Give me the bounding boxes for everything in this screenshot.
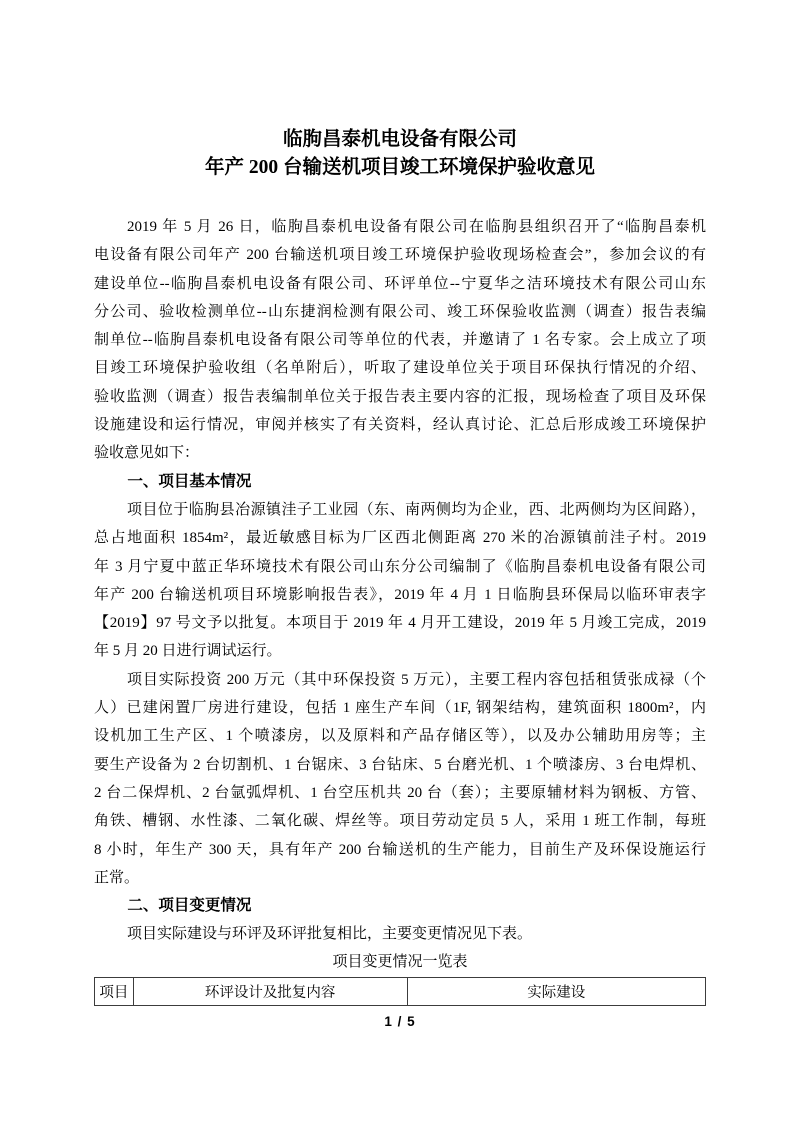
body-paragraph: 项目位于临朐县冶源镇洼子工业园（东、南两侧均为企业，西、北两侧均为区间路），总占…	[94, 496, 706, 666]
text-line: 2 台二保焊机、2 台氩弧焊机、1 台空压机共 20 台（套）；主要原辅材料为钢…	[94, 779, 706, 807]
text-line: 项目位于临朐县冶源镇洼子工业园（东、南两侧均为企业，西、北两侧均为区间路），	[94, 496, 706, 524]
document-page: 临朐昌泰机电设备有限公司 年产 200 台输送机项目竣工环境保护验收意见 201…	[0, 0, 800, 1131]
text-line: 总占地面积 1854m²，最近敏感目标为厂区西北侧距离 270 米的冶源镇前洼子…	[94, 524, 706, 552]
text-line: 【2019】97 号文予以批复。本项目于 2019 年 4 月开工建设，2019…	[94, 609, 706, 637]
table-header-row: 项目环评设计及批复内容实际建设	[95, 977, 706, 1005]
text-line: 设机加工生产区、1 个喷漆房，以及原料和产品存储区等），以及办公辅助用房等；主	[94, 722, 706, 750]
change-table: 项目环评设计及批复内容实际建设	[94, 977, 706, 1006]
document-body: 2019 年 5 月 26 日，临朐昌泰机电设备有限公司在临朐县组织召开了“临朐…	[94, 213, 706, 1006]
section-heading: 二、项目变更情况	[94, 892, 706, 920]
text-line: 正常。	[94, 864, 706, 892]
section-heading: 一、项目基本情况	[94, 468, 706, 496]
text-line: 项目实际建设与环评及环评批复相比，主要变更情况见下表。	[94, 920, 706, 948]
table-header-cell: 实际建设	[407, 977, 705, 1005]
text-line: 年 5 月 20 日进行调试运行。	[94, 637, 706, 665]
document-title: 临朐昌泰机电设备有限公司 年产 200 台输送机项目竣工环境保护验收意见	[94, 126, 706, 182]
text-line: 制单位--临朐昌泰机电设备有限公司等单位的代表，并邀请了 1 名专家。会上成立了…	[94, 326, 706, 354]
table-header-cell: 项目	[95, 977, 134, 1005]
table-header-cell: 环评设计及批复内容	[133, 977, 407, 1005]
page-number: 1 / 5	[94, 1014, 706, 1029]
text-line: 分公司、验收检测单位--山东捷润检测有限公司、竣工环保验收监测（调查）报告表编	[94, 298, 706, 326]
text-line: 项目实际投资 200 万元（其中环保投资 5 万元），主要工程内容包括租赁张成禄…	[94, 666, 706, 694]
body-paragraph: 项目实际建设与环评及环评批复相比，主要变更情况见下表。	[94, 920, 706, 948]
text-line: 设施建设和运行情况，审阅并核实了有关资料，经认真讨论、汇总后形成竣工环境保护	[94, 411, 706, 439]
text-line: 电设备有限公司年产 200 台输送机项目竣工环境保护验收现场检查会”，参加会议的…	[94, 241, 706, 269]
text-line: 8 小时，年生产 300 天，具有年产 200 台输送机的生产能力，目前生产及环…	[94, 836, 706, 864]
text-line: 2019 年 5 月 26 日，临朐昌泰机电设备有限公司在临朐县组织召开了“临朐…	[94, 213, 706, 241]
body-paragraph: 2019 年 5 月 26 日，临朐昌泰机电设备有限公司在临朐县组织召开了“临朐…	[94, 213, 706, 468]
text-line: 验收监测（调查）报告表编制单位关于报告表主要内容的汇报，现场检查了项目及环保	[94, 383, 706, 411]
text-line: 人）已建闲置厂房进行建设，包括 1 座生产车间（1F, 钢架结构，建筑面积 18…	[94, 694, 706, 722]
text-line: 角铁、槽钢、水性漆、二氧化碳、焊丝等。项目劳动定员 5 人，采用 1 班工作制，…	[94, 807, 706, 835]
body-paragraph: 项目实际投资 200 万元（其中环保投资 5 万元），主要工程内容包括租赁张成禄…	[94, 666, 706, 892]
table-caption: 项目变更情况一览表	[94, 949, 706, 976]
text-line: 年 3 月宁夏中蓝正华环境技术有限公司山东分公司编制了《临朐昌泰机电设备有限公司	[94, 553, 706, 581]
text-line: 目竣工环境保护验收组（名单附后），听取了建设单位关于项目环保执行情况的介绍、	[94, 354, 706, 382]
document-title-line: 年产 200 台输送机项目竣工环境保护验收意见	[94, 154, 706, 182]
document-title-line: 临朐昌泰机电设备有限公司	[94, 126, 706, 154]
document-content: 临朐昌泰机电设备有限公司 年产 200 台输送机项目竣工环境保护验收意见 201…	[94, 0, 706, 1029]
text-line: 验收意见如下：	[94, 439, 706, 467]
text-line: 要生产设备为 2 台切割机、1 台锯床、3 台钻床、5 台磨光机、1 个喷漆房、…	[94, 751, 706, 779]
text-line: 建设单位--临朐昌泰机电设备有限公司、环评单位--宁夏华之洁环境技术有限公司山东	[94, 270, 706, 298]
text-line: 年产 200 台输送机项目环境影响报告表》，2019 年 4 月 1 日临朐县环…	[94, 581, 706, 609]
